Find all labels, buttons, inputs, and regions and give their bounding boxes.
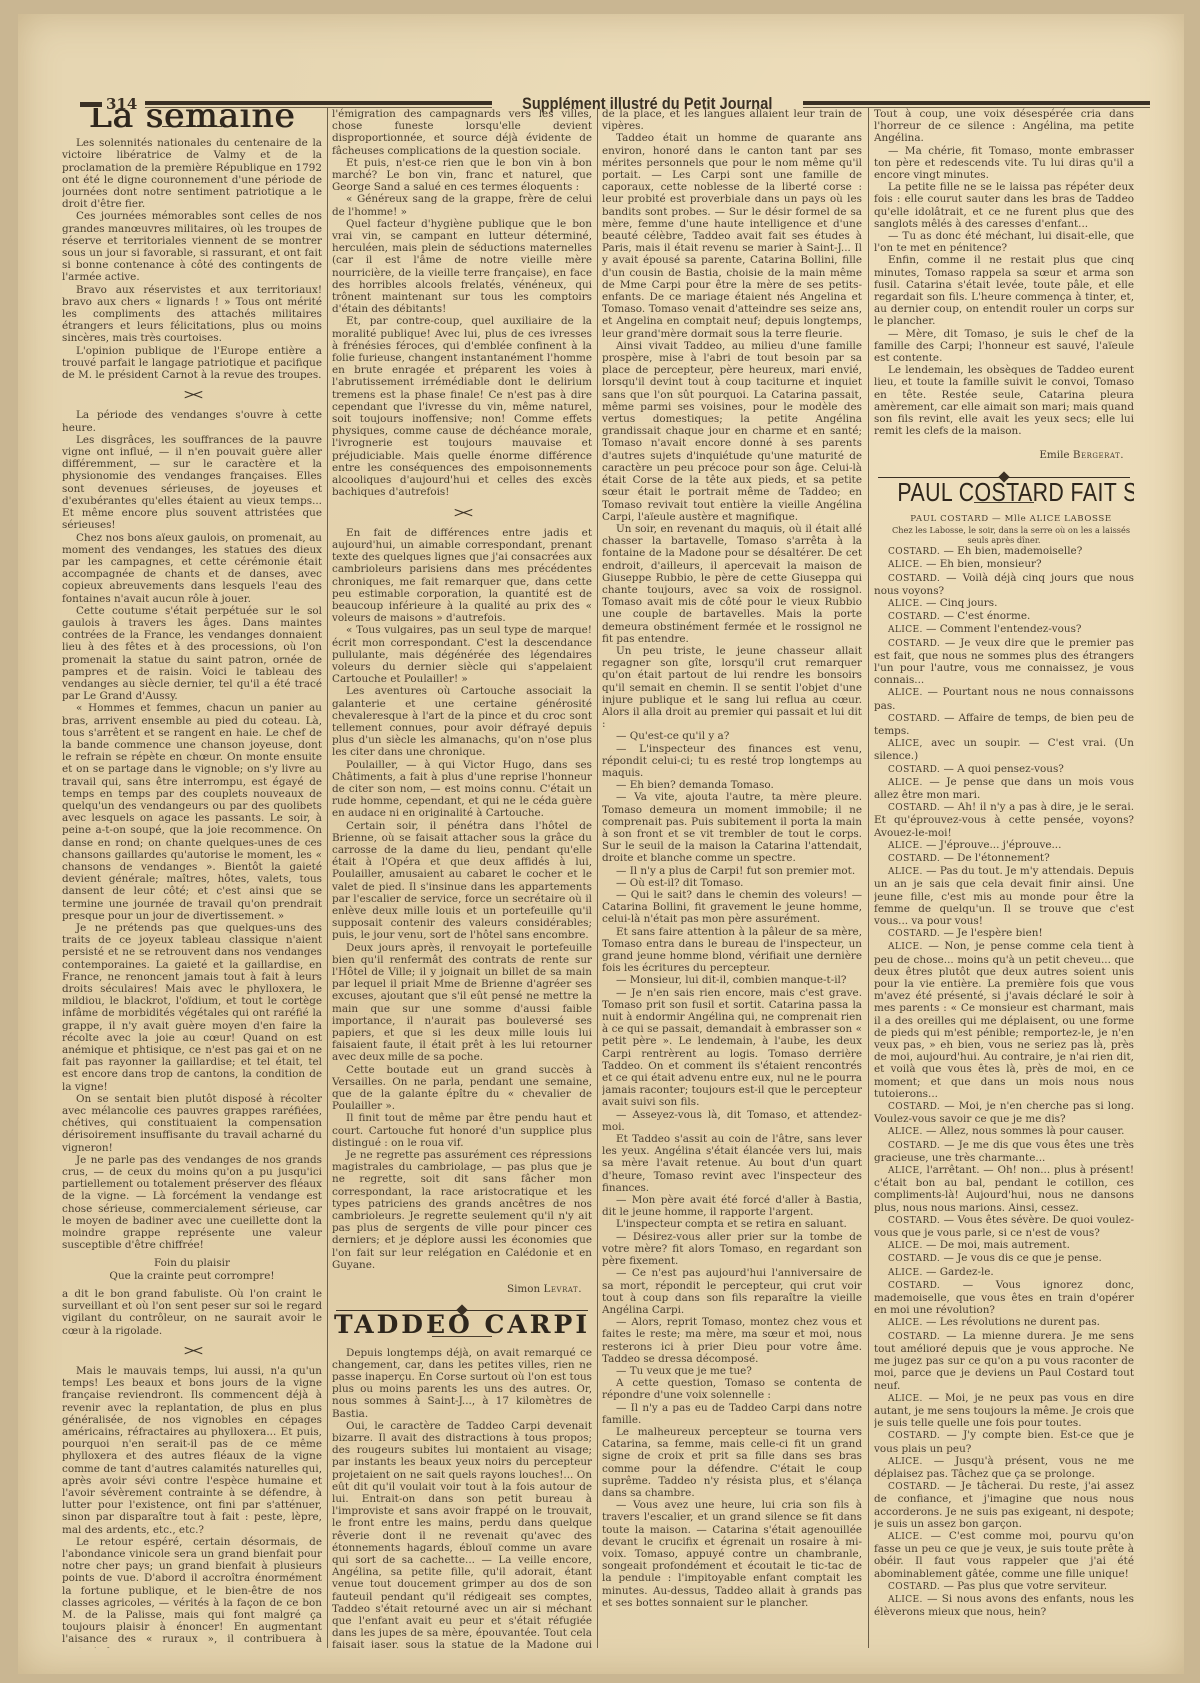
speaker-name: ALICE. — [888, 1318, 926, 1328]
speaker-name: COSTARD. — [888, 1332, 946, 1342]
paragraph: — Désirez-vous aller prier sur la tombe … — [602, 1231, 862, 1268]
column-divider — [597, 108, 598, 1648]
speaker-name: COSTARD. — [888, 1102, 944, 1112]
poem-quote: Foin du plaisir Que la crainte peut corr… — [62, 1257, 322, 1281]
speaker-name: ALICE, — [888, 739, 931, 749]
paragraph: « Hommes et femmes, chacun un panier au … — [62, 702, 322, 922]
speaker-name: ALICE. — [888, 1532, 931, 1542]
dialogue-line: COSTARD. — Vous ignorez donc, mademoisel… — [874, 1279, 1134, 1317]
column-1: La semaine Les solennités nationales du … — [62, 108, 322, 1648]
speaker-name: COSTARD. — [888, 1254, 943, 1264]
paragraph: Et sans faire attention à la pâleur de s… — [602, 926, 862, 975]
dialogue-line: ALICE. — De moi, mais autrement. — [874, 1239, 1134, 1252]
dialogue-line: COSTARD. — Voilà déjà cinq jours que nou… — [874, 572, 1134, 597]
article-title-paul-costard: PAUL COSTARD FAIT SA COUR — [897, 486, 1110, 498]
speaker-name: ALICE. — [888, 841, 926, 851]
paragraph: En fait de différences entre jadis et au… — [332, 527, 592, 625]
column-3: de la place, et les langues allaient leu… — [602, 108, 862, 1648]
paragraph: « Tous vulgaires, pas un seul type de ma… — [332, 624, 592, 685]
paragraph: de la place, et les langues allaient leu… — [602, 108, 862, 132]
taddeo-continued: de la place, et les langues allaient leu… — [602, 108, 862, 1609]
dialogue-line: ALICE. — Si nous avons des enfants, nous… — [874, 1593, 1134, 1618]
semaine-conclusion: Mais le mauvais temps, lui aussi, n'a qu… — [62, 1365, 322, 1648]
dialogue-text: — Je l'espère bien! — [943, 927, 1042, 939]
poem-line: Que la crainte peut corrompre! — [62, 1270, 322, 1282]
paragraph: La période des vendanges s'ouvre à cette… — [62, 409, 322, 433]
dialogue-line: ALICE. — Allez, nous sommes là pour caus… — [874, 1125, 1134, 1138]
paragraph: l'émigration des campagnards vers les vi… — [332, 108, 592, 157]
column-divider — [868, 108, 869, 1648]
paragraph: — Monsieur, lui dit-il, combien manque-t… — [602, 974, 862, 986]
dialogue-line: COSTARD. — Je tâcherai. Du reste, j'ai a… — [874, 1480, 1134, 1530]
dialogue-text: — Non, je pense comme cela tient à peu d… — [874, 940, 1134, 1099]
semaine-continued: l'émigration des campagnards vers les vi… — [332, 108, 592, 499]
dialogue-line: ALICE. — Moi, je ne peux pas vous en dir… — [874, 1392, 1134, 1430]
article-title-la-semaine: La semaine — [62, 110, 322, 122]
paragraph: L'inspecteur compta et se retira en salu… — [602, 1218, 862, 1230]
author-first: Emile — [1039, 449, 1069, 461]
dialogue-line: COSTARD. — Eh bien, mademoiselle? — [874, 545, 1134, 558]
paragraph: Deux jours après, il renvoyait le portef… — [332, 942, 592, 1064]
author-last: Bergerat. — [1073, 449, 1124, 461]
column-4: Tout à coup, une voix désespérée cria da… — [874, 108, 1134, 1648]
dialogue-line: COSTARD. — C'est énorme. — [874, 610, 1134, 623]
stage-setting: Chez les Labosse, le soir, dans la serre… — [874, 525, 1134, 545]
dialogue-text: — J'éprouve... j'éprouve... — [926, 839, 1061, 851]
paragraph: Et puis, n'est-ce rien que le bon vin à … — [332, 157, 592, 194]
author-last: Levrat. — [544, 1283, 582, 1295]
paragraph: Le retour espéré, certain désormais, de … — [62, 1536, 322, 1648]
signature-bergerat: Emile Bergerat. — [874, 449, 1124, 461]
signature-levrat: Simon Levrat. — [332, 1283, 582, 1295]
paragraph: Oui, le caractère de Taddeo Carpi devena… — [332, 1420, 592, 1648]
speaker-name: ALICE. — [888, 688, 927, 698]
article-title-taddeo-carpi: TADDEO CARPI — [332, 1319, 592, 1331]
speaker-name: COSTARD. — [888, 714, 944, 724]
paragraph: — Il n'y a pas eu de Taddeo Carpi dans n… — [602, 1402, 862, 1426]
paragraph: La petite fille ne se le laissa pas répé… — [874, 181, 1134, 230]
dialogue-text: — Eh bien, monsieur? — [926, 558, 1042, 570]
paragraph: Je ne parle pas des vendanges de nos gra… — [62, 1154, 322, 1252]
paragraph: Je ne prétends pas que quelques-uns des … — [62, 922, 322, 1093]
dialogue-text: — A quoi pensez-vous? — [943, 763, 1063, 775]
dialogue-line: COSTARD. — A quoi pensez-vous? — [874, 763, 1134, 776]
dialogue-line: COSTARD. — Je veux dire que le premier p… — [874, 637, 1134, 687]
dialogue-text: — C'est énorme. — [943, 610, 1030, 622]
paragraph: — Il n'y a plus de Carpi! fut son premie… — [602, 865, 862, 877]
speaker-name: COSTARD. — [888, 1582, 943, 1592]
speaker-name: COSTARD. — [888, 547, 943, 557]
paragraph: Ces journées mémorables sont celles de n… — [62, 210, 322, 283]
speaker-name: COSTARD. — [888, 1281, 963, 1291]
paragraph: — Va vite, ajouta l'autre, ta mère pleur… — [602, 791, 862, 864]
taddeo-start: Depuis longtemps déjà, on avait remarqué… — [332, 1347, 592, 1649]
dialogue-line: COSTARD. — Vous êtes sévère. De quoi vou… — [874, 1214, 1134, 1239]
paragraph: Enfin, comme il ne restait plus que cinq… — [874, 254, 1134, 327]
dialogue-text: — Allez, nous sommes là pour causer. — [926, 1125, 1124, 1137]
paragraph: — Ma chérie, fit Tomaso, monte embrasser… — [874, 145, 1134, 182]
ornament-icon: >< — [62, 1345, 322, 1357]
paragraph: Les solennités nationales du centenaire … — [62, 137, 322, 210]
section-divider — [336, 1305, 588, 1315]
paragraph: Ainsi vivait Taddeo, au milieu d'une fam… — [602, 340, 862, 523]
dialogue-line: COSTARD. — La mienne durera. Je me sens … — [874, 1330, 1134, 1392]
dialogue-line: ALICE. — Jusqu'à présent, vous ne me dép… — [874, 1455, 1134, 1480]
article-columns: La semaine Les solennités nationales du … — [62, 108, 1134, 1648]
dialogue-text: — Les révolutions ne durent pas. — [926, 1316, 1100, 1328]
dialogue-line: ALICE. — Eh bien, monsieur? — [874, 558, 1134, 571]
paragraph: Les aventures où Cartouche associait la … — [332, 685, 592, 758]
paragraph: « Généreux sang de la grappe, frère de c… — [332, 193, 592, 217]
speaker-name: COSTARD. — [888, 639, 945, 649]
dialogue-line: ALICE. — Pourtant nous ne nous connaisso… — [874, 686, 1134, 711]
paragraph: — Où est-il? dit Tomaso. — [602, 877, 862, 889]
dialogue-line: ALICE. — Gardez-le. — [874, 1266, 1134, 1279]
dialogue-line: ALICE. — Cinq jours. — [874, 597, 1134, 610]
paragraph: a dit le bon grand fabuliste. Où l'on cr… — [62, 1288, 322, 1337]
semaine-vendanges: La période des vendanges s'ouvre à cette… — [62, 409, 322, 1251]
paragraph: — Ce n'est pas aujourd'hui l'anniversair… — [602, 1267, 862, 1316]
dialogue-line: COSTARD. — De l'étonnement? — [874, 852, 1134, 865]
paragraph: — Asseyez-vous là, dit Tomaso, et attend… — [602, 1109, 862, 1133]
paragraph: — Tu veux que je me tue? — [602, 1365, 862, 1377]
dialogue-line: ALICE. — Je pense que dans un mois vous … — [874, 776, 1134, 801]
speaker-name: ALICE. — [888, 867, 926, 877]
paragraph: Mais le mauvais temps, lui aussi, n'a qu… — [62, 1365, 322, 1536]
paragraph: Quel facteur d'hygiène publique que le b… — [332, 218, 592, 316]
header-rule-left — [145, 101, 492, 108]
ornament-icon: >< — [62, 389, 322, 401]
taddeo-ending: Tout à coup, une voix désespérée cria da… — [874, 108, 1134, 437]
paragraph: — L'inspecteur des finances est venu, ré… — [602, 743, 862, 780]
dialogue-line: COSTARD. — Je vous dis ce que je pense. — [874, 1252, 1134, 1265]
paragraph: Un soir, en revenant du maquis, où il ét… — [602, 523, 862, 645]
speaker-name: COSTARD. — [888, 1482, 945, 1492]
dialogue-line: COSTARD. — J'y compte bien. Est-ce que j… — [874, 1429, 1134, 1454]
speaker-name: COSTARD. — [888, 612, 943, 622]
paragraph: — Mère, dit Tomaso, je suis le chef de l… — [874, 328, 1134, 365]
paragraph: — Alors, reprit Tomaso, montez chez vous… — [602, 1316, 862, 1365]
dialogue-line: COSTARD. — Pas plus que votre serviteur. — [874, 1580, 1134, 1593]
semaine-cambrioleurs: En fait de différences entre jadis et au… — [332, 527, 592, 1271]
speaker-name: ALICE. — [888, 1394, 929, 1404]
dialogue-text: — De moi, mais autrement. — [926, 1239, 1070, 1251]
speaker-name: COSTARD. — [888, 929, 943, 939]
paragraph: Cette coutume s'était perpétuée sur le s… — [62, 605, 322, 703]
speaker-name: COSTARD. — [888, 765, 943, 775]
cast-list: PAUL COSTARD — Mlle ALICE LABOSSE — [874, 513, 1134, 525]
poem-line: Foin du plaisir — [62, 1257, 322, 1269]
column-divider — [327, 108, 328, 1648]
column-2: l'émigration des campagnards vers les vi… — [332, 108, 592, 1648]
paragraph: — Je n'en sais rien encore, mais c'est g… — [602, 987, 862, 1109]
speaker-name: ALICE. — [888, 1127, 926, 1137]
paragraph: — Eh bien? demanda Tomaso. — [602, 779, 862, 791]
dialogue-text: — Je vous dis ce que je pense. — [943, 1252, 1101, 1264]
author-first: Simon — [507, 1283, 540, 1295]
speaker-name: ALICE. — [888, 1268, 926, 1278]
dialogue-text: — De l'étonnement? — [943, 852, 1049, 864]
paragraph: Chez nos bons aïeux gaulois, on promenai… — [62, 532, 322, 605]
dialogue-line: ALICE. — Non, je pense comme cela tient … — [874, 940, 1134, 1100]
speaker-name: ALICE. — [888, 942, 928, 952]
paragraph: Taddeo était un homme de quarante ans en… — [602, 132, 862, 339]
paragraph: Le malheureux percepteur se tourna vers … — [602, 1426, 862, 1499]
dialogue-line: COSTARD. — Moi, je n'en cherche pas si l… — [874, 1100, 1134, 1125]
ornament-icon: >< — [332, 507, 592, 519]
dialogue-text: — Comment l'entendez-vous? — [926, 623, 1081, 635]
speaker-name: ALICE. — [888, 1595, 927, 1605]
speaker-name: COSTARD. — [888, 574, 946, 584]
speaker-name: ALICE. — [888, 1241, 926, 1251]
paragraph: Et Taddeo s'assit au coin de l'âtre, san… — [602, 1133, 862, 1194]
speaker-name: COSTARD. — [888, 1431, 946, 1441]
paragraph: Cette boutade eut un grand succès à Vers… — [332, 1064, 592, 1113]
paragraph: — Qui le sait? dans le chemin des voleur… — [602, 889, 862, 926]
speaker-name: COSTARD. — [888, 1141, 944, 1151]
dialogue-text: — Gardez-le. — [926, 1266, 994, 1278]
paragraph: Certain soir, il pénétra dans l'hôtel de… — [332, 820, 592, 942]
paragraph: Il finit tout de même par être pendu hau… — [332, 1112, 592, 1149]
dialogue-line: ALICE. — Comment l'entendez-vous? — [874, 623, 1134, 636]
dialogue-line: ALICE. — Les révolutions ne durent pas. — [874, 1316, 1134, 1329]
paragraph: Tout à coup, une voix désespérée cria da… — [874, 108, 1134, 145]
speaker-name: ALICE. — [888, 778, 929, 788]
dialogue-line: COSTARD. — Je l'espère bien! — [874, 927, 1134, 940]
paragraph: Un peu triste, le jeune chasseur allait … — [602, 645, 862, 730]
header-rule-right — [803, 101, 1150, 108]
paragraph: — Tu as donc été méchant, lui disait-ell… — [874, 230, 1134, 254]
dialogue-line: ALICE. — Pas du tout. Je m'y attendais. … — [874, 865, 1134, 927]
dialogue-text: — Eh bien, mademoiselle? — [943, 545, 1082, 557]
speaker-name: ALICE. — [888, 625, 926, 635]
paragraph: Poulailler, — à qui Victor Hugo, dans se… — [332, 759, 592, 820]
speaker-name: ALICE. — [888, 560, 926, 570]
paragraph: On se sentait bien plutôt disposé à réco… — [62, 1093, 322, 1154]
dialogue-line: ALICE. — J'éprouve... j'éprouve... — [874, 839, 1134, 852]
paragraph: — Qu'est-ce qu'il y a? — [602, 730, 862, 742]
speaker-name: COSTARD. — [888, 1216, 944, 1226]
dialogue-text: — Pas plus que votre serviteur. — [943, 1580, 1107, 1592]
paragraph: — Mon père avait été forcé d'aller à Bas… — [602, 1194, 862, 1218]
dialogue-line: COSTARD. — Affaire de temps, de bien peu… — [874, 712, 1134, 737]
costard-dialogue: COSTARD. — Eh bien, mademoiselle?ALICE. … — [874, 545, 1134, 1618]
paragraph: Le lendemain, les obsèques de Taddeo eur… — [874, 364, 1134, 437]
paragraph: A cette question, Tomaso se contenta de … — [602, 1377, 862, 1401]
semaine-intro: Les solennités nationales du centenaire … — [62, 137, 322, 381]
speaker-name: ALICE. — [888, 1457, 934, 1467]
paragraph: — Vous avez une heure, lui cria son fils… — [602, 1499, 862, 1609]
paragraph: Les disgrâces, les souffrances de la pau… — [62, 434, 322, 532]
dialogue-line: COSTARD. — Je me dis que vous êtes une t… — [874, 1139, 1134, 1164]
speaker-name: COSTARD. — [888, 854, 943, 864]
dialogue-text: — Cinq jours. — [926, 597, 997, 609]
paragraph: Je ne regrette pas assurément ces répres… — [332, 1149, 592, 1271]
paragraph: Bravo aux réservistes et aux territoriau… — [62, 284, 322, 345]
paragraph: L'opinion publique de l'Europe entière a… — [62, 345, 322, 382]
paragraph: Et, par contre-coup, quel auxiliaire de … — [332, 315, 592, 498]
speaker-name: ALICE, — [888, 1166, 927, 1176]
dialogue-line: COSTARD. — Ah! il n'y a pas à dire, je l… — [874, 801, 1134, 839]
dialogue-line: ALICE, avec un soupir. — C'est vrai. (Un… — [874, 737, 1134, 762]
paragraph: Depuis longtemps déjà, on avait remarqué… — [332, 1347, 592, 1420]
dialogue-line: ALICE, l'arrêtant. — Oh! non... plus à p… — [874, 1164, 1134, 1214]
speaker-name: COSTARD. — [888, 803, 944, 813]
dialogue-line: ALICE. — C'est comme moi, pourvu qu'on f… — [874, 1530, 1134, 1580]
speaker-name: ALICE. — [888, 599, 926, 609]
